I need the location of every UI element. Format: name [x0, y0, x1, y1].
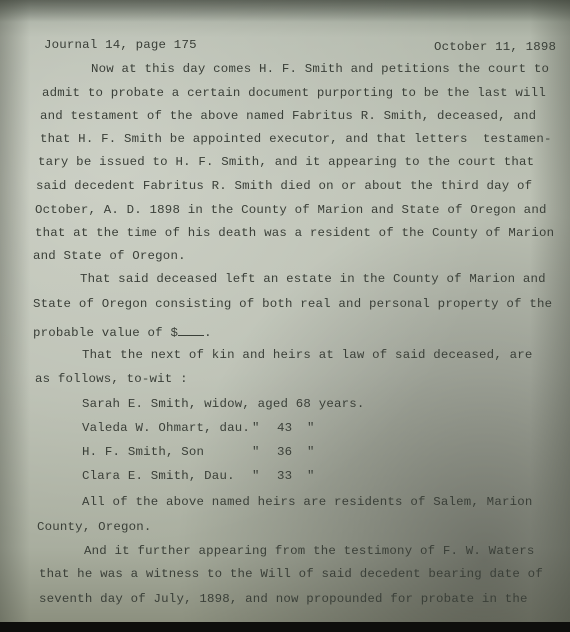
paragraph-line: that H. F. Smith be appointed executor, … [40, 132, 552, 146]
paragraph-line: That the next of kin and heirs at law of… [82, 348, 533, 362]
paragraph-line: That said deceased left an estate in the… [80, 272, 546, 286]
paragraph-line: as follows, to-wit : [35, 372, 188, 386]
heir-name: Valeda W. Ohmart, dau. [82, 421, 250, 435]
estate-value-line: probable value of $. [33, 324, 212, 340]
paragraph-line: said decedent Fabritus R. Smith died on … [36, 179, 532, 193]
typed-text: Journal 14, page 175 October 11, 1898 No… [0, 0, 570, 622]
heir-name: H. F. Smith, Son [82, 445, 204, 459]
heir-age: 36 [277, 445, 292, 459]
heir-ditto: " [307, 445, 315, 459]
heir-row: Sarah E. Smith, widow, aged 68 years. [82, 397, 365, 411]
paragraph-line: Now at this day comes H. F. Smith and pe… [91, 62, 549, 76]
journal-reference: Journal 14, page 175 [44, 38, 197, 52]
heir-ditto: " [252, 445, 260, 459]
heir-ditto: " [307, 421, 315, 435]
paragraph-line: October, A. D. 1898 in the County of Mar… [35, 203, 547, 217]
paragraph-line: and testament of the above named Fabritu… [40, 109, 536, 123]
paragraph-line: And it further appearing from the testim… [84, 544, 535, 558]
paragraph-line: seventh day of July, 1898, and now propo… [39, 592, 528, 606]
estate-value-label: probable value of $ [33, 326, 178, 340]
paragraph-line: tary be issued to H. F. Smith, and it ap… [38, 155, 534, 169]
paragraph-line: and State of Oregon. [33, 249, 186, 263]
heir-age: 33 [277, 469, 292, 483]
paragraph-line: that at the time of his death was a resi… [35, 226, 554, 240]
estate-value-period: . [204, 326, 212, 340]
paragraph-line: State of Oregon consisting of both real … [33, 297, 552, 311]
heir-age: 43 [277, 421, 292, 435]
document-date: October 11, 1898 [434, 40, 556, 54]
paragraph-line: admit to probate a certain document purp… [42, 86, 546, 100]
heir-ditto: " [252, 421, 260, 435]
scan-border [0, 622, 570, 632]
heir-name: Clara E. Smith, Dau. [82, 469, 235, 483]
heir-ditto: " [307, 469, 315, 483]
paragraph-line: All of the above named heirs are residen… [82, 495, 533, 509]
paragraph-line: County, Oregon. [37, 520, 152, 534]
heir-ditto: " [252, 469, 260, 483]
estate-value-blank [178, 324, 204, 336]
document-page: Journal 14, page 175 October 11, 1898 No… [0, 0, 570, 622]
paragraph-line: that he was a witness to the Will of sai… [39, 567, 543, 581]
